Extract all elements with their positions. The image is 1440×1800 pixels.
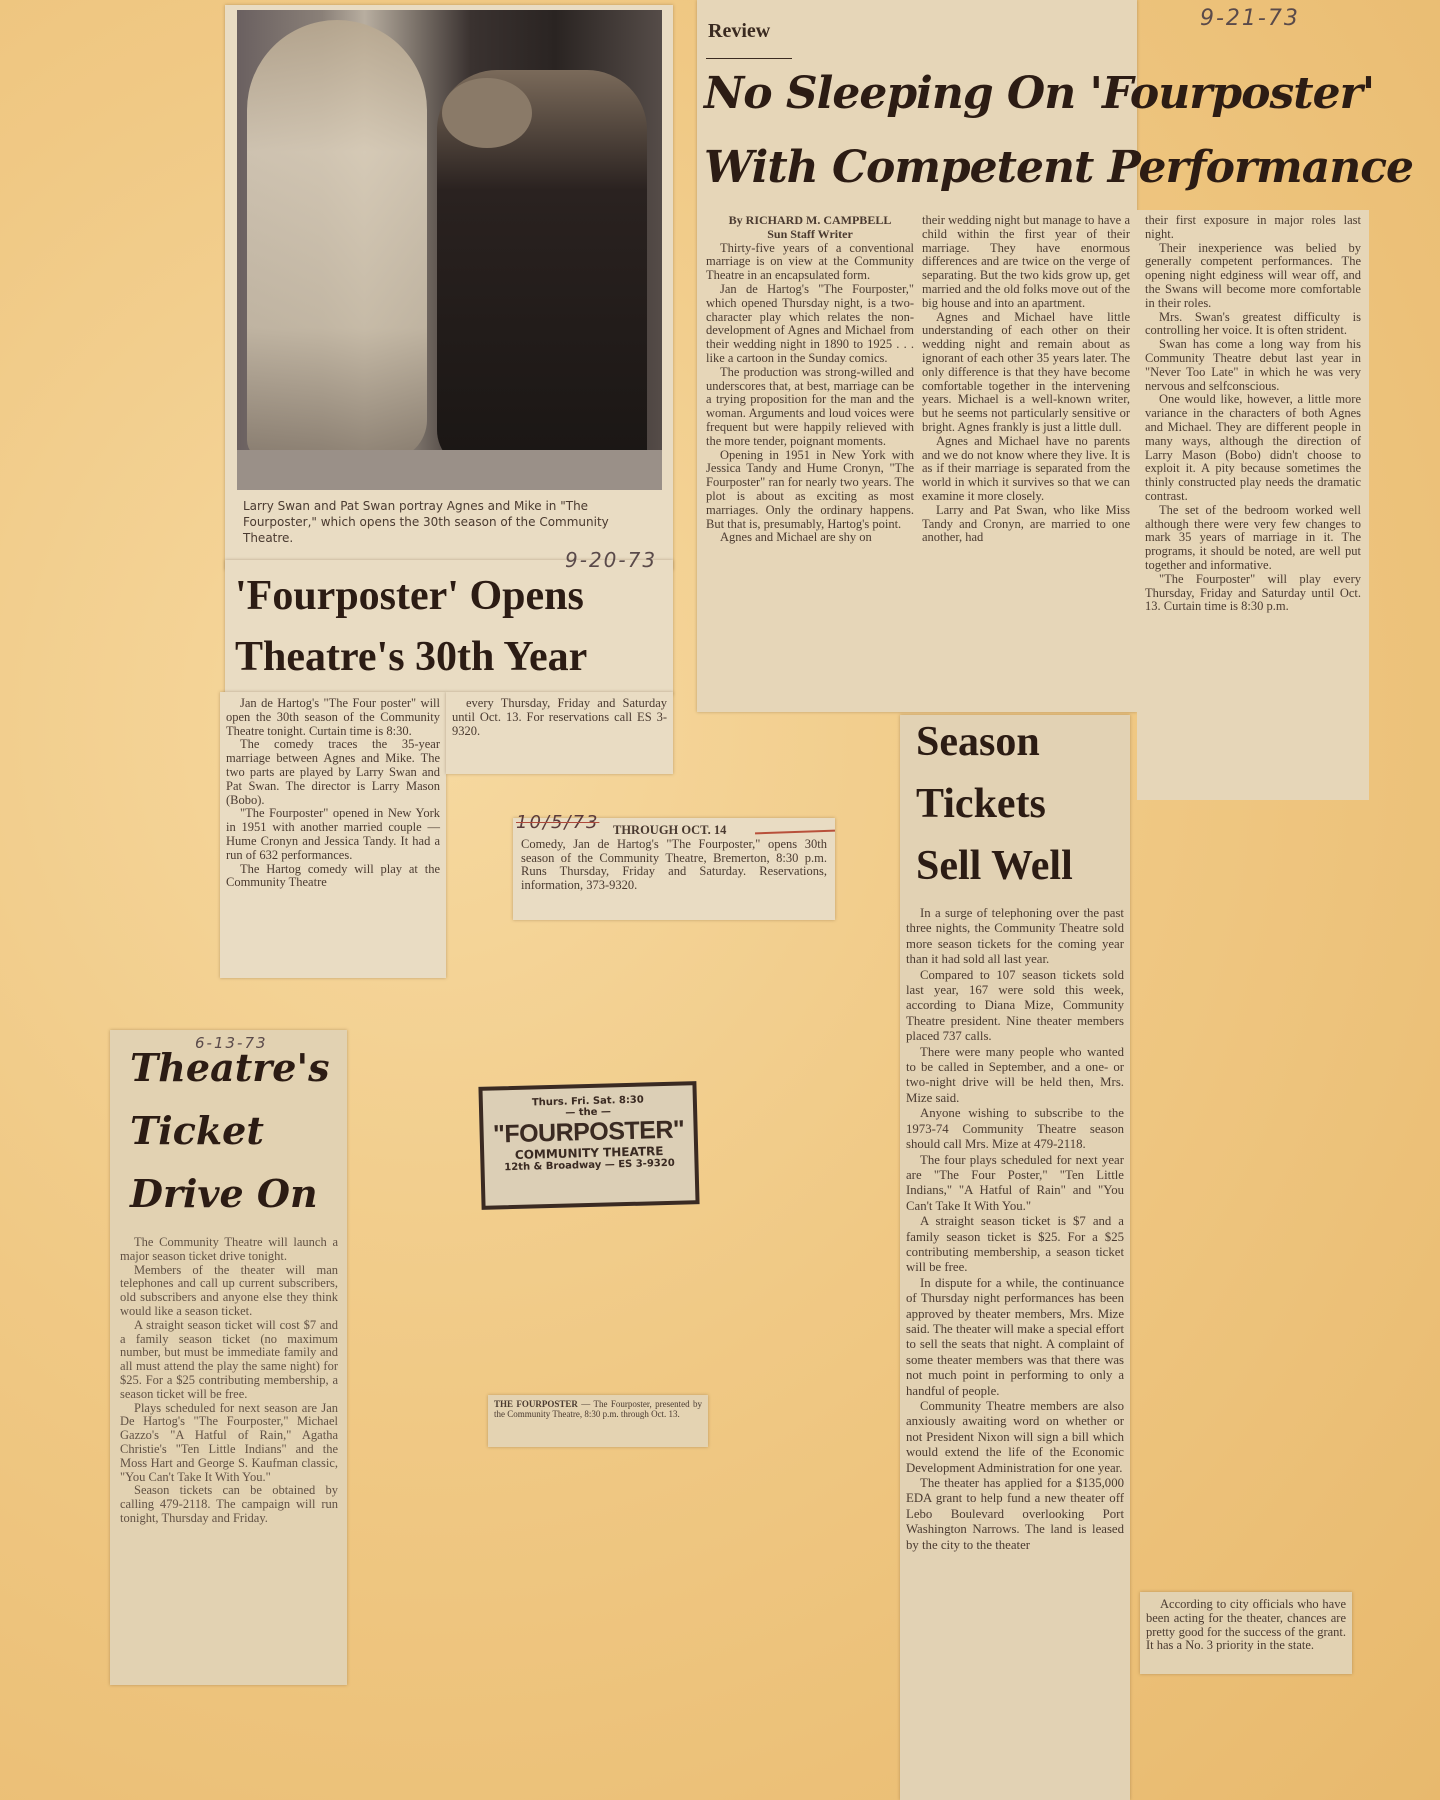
paragraph: One would like, however, a little more v… — [1145, 393, 1361, 503]
season-headline-line1: Season — [916, 718, 1040, 766]
opens-headline-line2: Theatre's 30th Year — [235, 633, 587, 681]
listing-clipping: THROUGH OCT. 14 Comedy, Jan de Hartog's … — [513, 818, 835, 920]
paragraph: In a surge of telephoning over the past … — [906, 906, 1124, 968]
paragraph: Thirty-five years of a conventional marr… — [706, 242, 914, 283]
paragraph: According to city officials who have bee… — [1146, 1598, 1346, 1653]
paragraph: The theater has applied for a $135,000 E… — [906, 1476, 1124, 1553]
review-kicker: Review — [708, 20, 770, 43]
opens-headline-line1: 'Fourposter' Opens — [235, 572, 584, 620]
paragraph: "The Fourposter" will play every Thursda… — [1145, 573, 1361, 614]
paragraph: Anyone wishing to subscribe to the 1973-… — [906, 1106, 1124, 1152]
paragraph: The set of the bedroom worked well altho… — [1145, 504, 1361, 573]
paragraph: Agnes and Michael are shy on — [706, 531, 914, 545]
season-headline-line2: Tickets — [916, 780, 1046, 828]
paragraph: Mrs. Swan's greatest difficulty is contr… — [1145, 311, 1361, 339]
small-notice-clipping: THE FOURPOSTER — The Fourposter, present… — [488, 1395, 708, 1447]
ticket-drive-headline-line1: Theatre's — [130, 1045, 329, 1090]
listing-body: Comedy, Jan de Hartog's "The Fourposter,… — [521, 838, 827, 893]
paragraph: every Thursday, Friday and Saturday unti… — [452, 697, 667, 738]
paragraph: Agnes and Michael have little understand… — [922, 311, 1130, 435]
review-col2: their wedding night but manage to have a… — [922, 214, 1130, 545]
handwritten-date-opens: 9-20-73 — [565, 548, 657, 572]
paragraph: Compared to 107 season tickets sold last… — [906, 968, 1124, 1045]
paragraph: Their inexperience was belied by general… — [1145, 242, 1361, 311]
paragraph: The four plays scheduled for next year a… — [906, 1153, 1124, 1215]
production-photo — [237, 10, 662, 490]
handwritten-date-review: 9-21-73 — [1200, 6, 1300, 31]
paragraph: Season tickets can be obtained by callin… — [120, 1484, 338, 1525]
byline: By RICHARD M. CAMPBELL — [706, 214, 914, 228]
byline-title: Sun Staff Writer — [706, 228, 914, 242]
paragraph: A straight season ticket is $7 and a fam… — [906, 1214, 1124, 1276]
handwritten-date-listing: 10/5/73 — [516, 812, 599, 833]
paragraph: The Hartog comedy will play at the Commu… — [226, 863, 440, 891]
review-col1: By RICHARD M. CAMPBELL Sun Staff Writer … — [706, 214, 914, 545]
review-headline-line1: No Sleeping On 'Fourposter' — [704, 68, 1374, 119]
paragraph: their first exposure in major roles last… — [1145, 214, 1361, 242]
review-col3: their first exposure in major roles last… — [1145, 214, 1361, 614]
ticket-drive-body: The Community Theatre will launch a majo… — [120, 1236, 338, 1526]
paragraph: Jan de Hartog's "The Four poster" will o… — [226, 697, 440, 738]
photo-caption: Larry Swan and Pat Swan portray Agnes an… — [243, 498, 653, 546]
paragraph: their wedding night but manage to have a… — [922, 214, 1130, 311]
paragraph: Swan has come a long way from his Commun… — [1145, 338, 1361, 393]
paragraph: Members of the theater will man telephon… — [120, 1264, 338, 1319]
season-tickets-body: In a surge of telephoning over the past … — [906, 906, 1124, 1553]
opens-article-col1: Jan de Hartog's "The Four poster" will o… — [220, 692, 446, 978]
paragraph: "The Fourposter" opened in New York in 1… — [226, 807, 440, 862]
paragraph: Plays scheduled for next season are Jan … — [120, 1402, 338, 1485]
paragraph: In dispute for a while, the continuance … — [906, 1276, 1124, 1399]
paragraph: The production was strong-willed and und… — [706, 366, 914, 449]
paragraph: Agnes and Michael have no parents and we… — [922, 435, 1130, 504]
paragraph: The comedy traces the 35-year marriage b… — [226, 738, 440, 807]
kicker-rule — [706, 58, 792, 59]
paragraph: Opening in 1951 in New York with Jessica… — [706, 449, 914, 532]
review-headline-line2: With Competent Performance — [704, 142, 1413, 193]
ticket-drive-headline-line2: Ticket — [130, 1108, 264, 1153]
paragraph: The Community Theatre will launch a majo… — [120, 1236, 338, 1264]
opens-article-col2: every Thursday, Friday and Saturday unti… — [446, 692, 673, 774]
actress-figure — [247, 20, 427, 460]
ticket-drive-headline-line3: Drive On — [130, 1171, 318, 1216]
notice-title: THE FOURPOSTER — [494, 1399, 578, 1409]
paragraph: Larry and Pat Swan, who like Miss Tandy … — [922, 504, 1130, 545]
fourposter-ad: Thurs. Fri. Sat. 8:30 — the — "FOURPOSTE… — [478, 1081, 699, 1210]
season-headline-line3: Sell Well — [916, 842, 1073, 890]
paragraph: Jan de Hartog's "The Fourposter," which … — [706, 283, 914, 366]
paragraph: Community Theatre members are also anxio… — [906, 1399, 1124, 1476]
paragraph: There were many people who wanted to be … — [906, 1045, 1124, 1107]
season-tickets-continuation: According to city officials who have bee… — [1140, 1592, 1352, 1674]
paragraph: A straight season ticket will cost $7 an… — [120, 1319, 338, 1402]
actor-hat — [442, 78, 532, 148]
stage-floor — [237, 450, 662, 490]
